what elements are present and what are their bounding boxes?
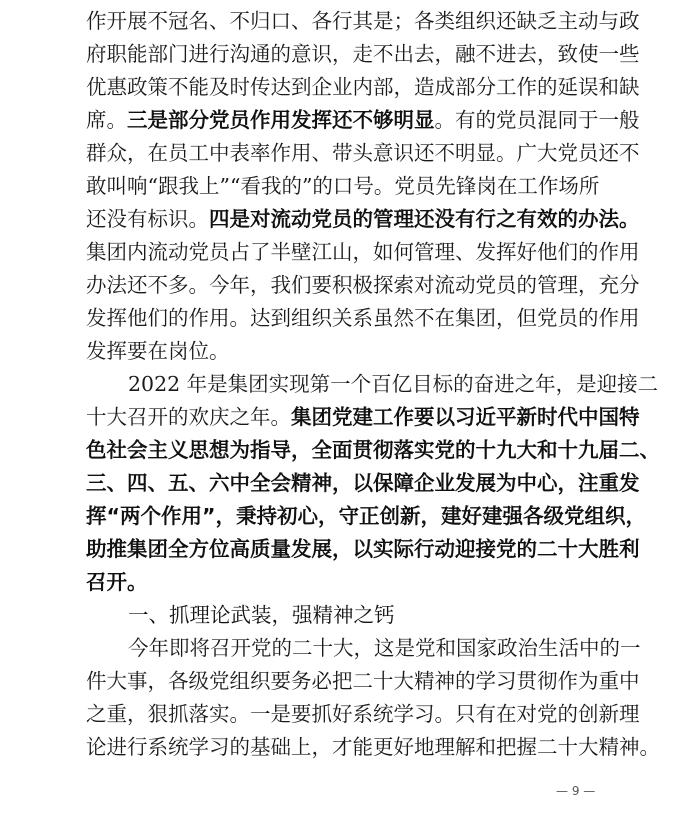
text-segment: 2022 年是集团实现第一个百亿目标的奋进之年，是迎接二: [128, 372, 658, 396]
text-line: 色社会主义思想为指导，全面贯彻落实党的十九大和十九届二、: [86, 434, 594, 467]
bold-text-segment: 挥“两个作用”，秉持初心，守正创新，建好建强各级党组织，: [86, 504, 646, 528]
text-segment: 今年即将召开党的二十大，这是党和国家政治生活中的一: [128, 636, 641, 660]
text-line: 挥“两个作用”，秉持初心，守正创新，建好建强各级党组织，: [86, 500, 594, 533]
bold-text-segment: 三、四、五、六中全会精神，以保障企业发展为中心，注重发: [86, 471, 640, 495]
text-segment: 之重，狠抓落实。一是要抓好系统学习。只有在对党的创新理: [86, 702, 640, 726]
text-segment: 席。: [86, 108, 127, 132]
document-page: 作开展不冠名、不归口、各行其是；各类组织还缺乏主动与政 府职能部门进行沟通的意识…: [86, 5, 594, 764]
text-segment: 集团内流动党员占了半壁江山，如何管理、发挥好他们的作用: [86, 240, 640, 264]
bold-text-segment: 色社会主义思想为指导，全面贯彻落实党的十九大和十九届二、: [86, 438, 660, 462]
bold-text-segment: 集团党建工作要以习近平新时代中国特: [291, 405, 640, 429]
text-segment: 。有的党员混同于一般: [435, 108, 640, 132]
bold-text-segment: 助推集团全方位高质量发展，以实际行动迎接党的二十大胜利: [86, 537, 640, 561]
text-line: 三、四、五、六中全会精神，以保障企业发展为中心，注重发: [86, 467, 594, 500]
text-line: 召开。: [86, 566, 594, 599]
text-line: 办法还不多。今年，我们要积极探索对流动党员的管理，充分: [86, 269, 594, 302]
text-segment: 发挥要在岗位。: [86, 339, 230, 363]
text-segment: 作开展不冠名、不归口、各行其是；各类组织还缺乏主动与政: [86, 9, 640, 33]
text-line: 敢叫响“跟我上”“看我的”的口号。党员先锋岗在工作场所: [86, 170, 594, 203]
page-number: — 9 —: [556, 784, 595, 798]
text-segment: 十大召开的欢庆之年。: [86, 405, 291, 429]
text-line: 十大召开的欢庆之年。集团党建工作要以习近平新时代中国特: [86, 401, 594, 434]
paragraph-start-line: 2022 年是集团实现第一个百亿目标的奋进之年，是迎接二: [86, 368, 594, 401]
text-segment: 论进行系统学习的基础上，才能更好地理解和把握二十大精神。: [86, 735, 660, 759]
text-segment: 办法还不多。今年，我们要积极探索对流动党员的管理，充分: [86, 273, 640, 297]
text-line: 优惠政策不能及时传达到企业内部，造成部分工作的延误和缺: [86, 71, 594, 104]
text-segment: 群众，在员工中表率作用、带头意识还不明显。广大党员还不: [86, 141, 640, 165]
text-line: 还没有标识。四是对流动党员的管理还没有行之有效的办法。: [86, 203, 594, 236]
text-line: 之重，狠抓落实。一是要抓好系统学习。只有在对党的创新理: [86, 698, 594, 731]
text-line: 集团内流动党员占了半壁江山，如何管理、发挥好他们的作用: [86, 236, 594, 269]
bold-text-segment: 三是部分党员作用发挥还不够明显: [127, 108, 435, 132]
paragraph-start-line: 今年即将召开党的二十大，这是党和国家政治生活中的一: [86, 632, 594, 665]
text-line: 席。三是部分党员作用发挥还不够明显。有的党员混同于一般: [86, 104, 594, 137]
text-line: 论进行系统学习的基础上，才能更好地理解和把握二十大精神。: [86, 731, 594, 764]
text-segment: 府职能部门进行沟通的意识，走不出去，融不进去，致使一些: [86, 42, 640, 66]
text-segment: 敢叫响“跟我上”“看我的”的口号。党员先锋岗在工作场所: [86, 174, 599, 198]
text-line: 作开展不冠名、不归口、各行其是；各类组织还缺乏主动与政: [86, 5, 594, 38]
text-segment: 还没有标识。: [86, 207, 209, 231]
text-segment: 发挥他们的作用。达到组织关系虽然不在集团，但党员的作用: [86, 306, 640, 330]
bold-text-segment: 四是对流动党员的管理还没有行之有效的办法。: [209, 207, 640, 231]
section-heading: 一、抓理论武装，强精神之钙: [86, 599, 594, 632]
heading-text: 一、抓理论武装，强精神之钙: [128, 603, 395, 627]
text-segment: 件大事，各级党组织要务必把二十大精神的学习贯彻作为重中: [86, 669, 640, 693]
text-line: 发挥要在岗位。: [86, 335, 594, 368]
text-line: 件大事，各级党组织要务必把二十大精神的学习贯彻作为重中: [86, 665, 594, 698]
bold-text-segment: 召开。: [86, 570, 148, 594]
text-segment: 优惠政策不能及时传达到企业内部，造成部分工作的延误和缺: [86, 75, 640, 99]
text-line: 助推集团全方位高质量发展，以实际行动迎接党的二十大胜利: [86, 533, 594, 566]
text-line: 发挥他们的作用。达到组织关系虽然不在集团，但党员的作用: [86, 302, 594, 335]
text-line: 府职能部门进行沟通的意识，走不出去，融不进去，致使一些: [86, 38, 594, 71]
text-line: 群众，在员工中表率作用、带头意识还不明显。广大党员还不: [86, 137, 594, 170]
